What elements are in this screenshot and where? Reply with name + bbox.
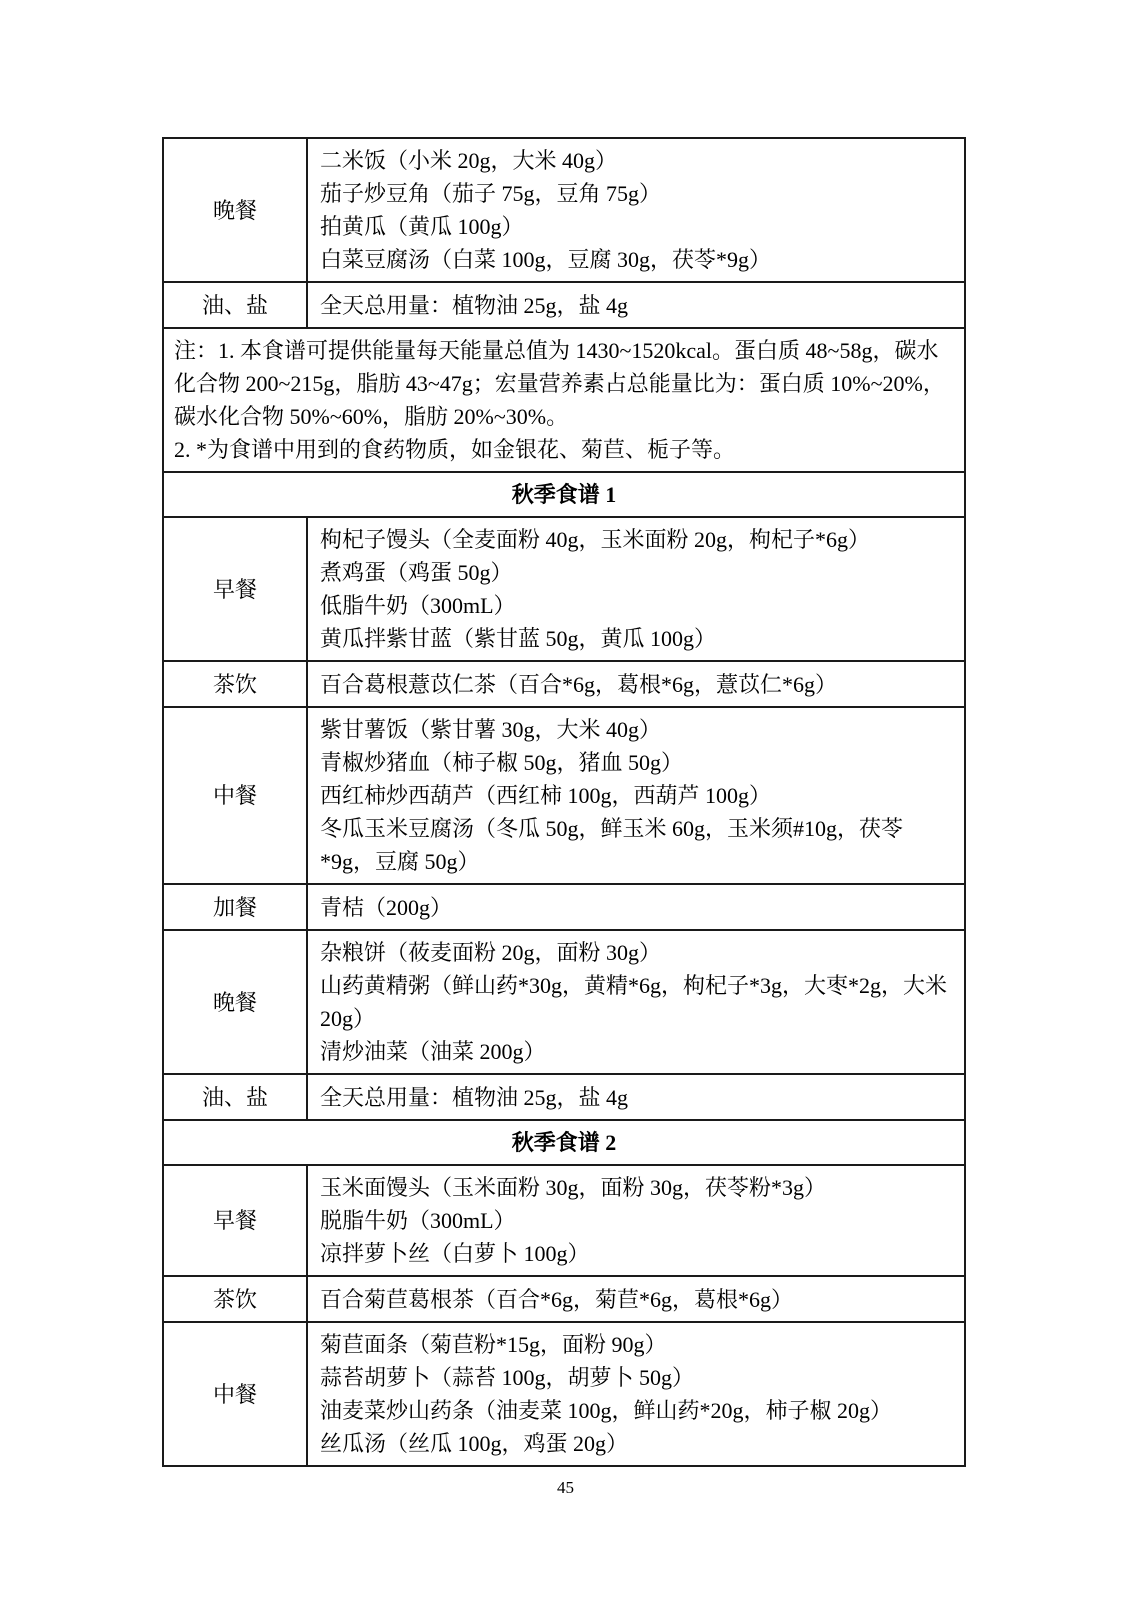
dish-item: 山药黄精粥（鲜山药*30g，黄精*6g，枸杞子*3g，大枣*2g，大米 20g）: [320, 969, 952, 1035]
note-row: 注：1. 本食谱可提供能量每天能量总值为 1430~1520kcal。蛋白质 4…: [164, 327, 964, 471]
meal-items: 全天总用量：植物油 25g，盐 4g: [308, 1075, 964, 1119]
dish-item: 煮鸡蛋（鸡蛋 50g）: [320, 556, 952, 589]
meal-items: 全天总用量：植物油 25g，盐 4g: [308, 283, 964, 327]
document-page: 晚餐二米饭（小米 20g，大米 40g）茄子炒豆角（茄子 75g，豆角 75g）…: [0, 0, 1131, 1600]
meal-row: 茶饮百合葛根薏苡仁茶（百合*6g，葛根*6g，薏苡仁*6g）: [164, 660, 964, 706]
note-text-line: 注：1. 本食谱可提供能量每天能量总值为 1430~1520kcal。蛋白质 4…: [174, 334, 954, 433]
meal-row: 早餐枸杞子馒头（全麦面粉 40g，玉米面粉 20g，枸杞子*6g）煮鸡蛋（鸡蛋 …: [164, 516, 964, 660]
meal-row: 油、盐全天总用量：植物油 25g，盐 4g: [164, 1073, 964, 1119]
meal-row: 中餐紫甘薯饭（紫甘薯 30g，大米 40g）青椒炒猪血（柿子椒 50g，猪血 5…: [164, 706, 964, 883]
section-header-row: 秋季食谱 2: [164, 1119, 964, 1164]
meal-row: 加餐青桔（200g）: [164, 883, 964, 929]
section-title: 秋季食谱 2: [164, 1121, 964, 1164]
dish-item: 青桔（200g）: [320, 891, 952, 924]
dish-item: 杂粮饼（莜麦面粉 20g，面粉 30g）: [320, 936, 952, 969]
dish-item: 黄瓜拌紫甘蓝（紫甘蓝 50g，黄瓜 100g）: [320, 622, 952, 655]
meal-label: 加餐: [164, 885, 308, 929]
meal-row: 晚餐二米饭（小米 20g，大米 40g）茄子炒豆角（茄子 75g，豆角 75g）…: [164, 139, 964, 281]
meal-label: 早餐: [164, 1166, 308, 1275]
dish-item: 菊苣面条（菊苣粉*15g，面粉 90g）: [320, 1328, 952, 1361]
meal-label: 晚餐: [164, 931, 308, 1073]
dish-item: 全天总用量：植物油 25g，盐 4g: [320, 1081, 952, 1114]
meal-label: 茶饮: [164, 1277, 308, 1321]
dish-item: 枸杞子馒头（全麦面粉 40g，玉米面粉 20g，枸杞子*6g）: [320, 523, 952, 556]
meal-items: 枸杞子馒头（全麦面粉 40g，玉米面粉 20g，枸杞子*6g）煮鸡蛋（鸡蛋 50…: [308, 518, 964, 660]
dish-item: 茄子炒豆角（茄子 75g，豆角 75g）: [320, 177, 952, 210]
dish-item: 脱脂牛奶（300mL）: [320, 1204, 952, 1237]
dish-item: 低脂牛奶（300mL）: [320, 589, 952, 622]
meal-label: 晚餐: [164, 139, 308, 281]
dish-item: 百合菊苣葛根茶（百合*6g，菊苣*6g，葛根*6g）: [320, 1283, 952, 1316]
dish-item: 白菜豆腐汤（白菜 100g，豆腐 30g，茯苓*9g）: [320, 243, 952, 276]
dish-item: 百合葛根薏苡仁茶（百合*6g，葛根*6g，薏苡仁*6g）: [320, 668, 952, 701]
meal-items: 二米饭（小米 20g，大米 40g）茄子炒豆角（茄子 75g，豆角 75g）拍黄…: [308, 139, 964, 281]
meal-row: 中餐菊苣面条（菊苣粉*15g，面粉 90g）蒜苔胡萝卜（蒜苔 100g，胡萝卜 …: [164, 1321, 964, 1465]
dish-item: 油麦菜炒山药条（油麦菜 100g，鲜山药*20g，柿子椒 20g）: [320, 1394, 952, 1427]
meal-label: 早餐: [164, 518, 308, 660]
meal-items: 百合菊苣葛根茶（百合*6g，菊苣*6g，葛根*6g）: [308, 1277, 964, 1321]
note-text-line: 2. *为食谱中用到的食药物质，如金银花、菊苣、栀子等。: [174, 433, 954, 466]
page-number: 45: [0, 1478, 1131, 1498]
meal-row: 油、盐全天总用量：植物油 25g，盐 4g: [164, 281, 964, 327]
meal-label: 油、盐: [164, 1075, 308, 1119]
meal-plan-table: 晚餐二米饭（小米 20g，大米 40g）茄子炒豆角（茄子 75g，豆角 75g）…: [162, 137, 966, 1467]
meal-items: 百合葛根薏苡仁茶（百合*6g，葛根*6g，薏苡仁*6g）: [308, 662, 964, 706]
meal-items: 青桔（200g）: [308, 885, 964, 929]
meal-label: 中餐: [164, 708, 308, 883]
meal-label: 茶饮: [164, 662, 308, 706]
dish-item: 玉米面馒头（玉米面粉 30g，面粉 30g，茯苓粉*3g）: [320, 1171, 952, 1204]
meal-items: 玉米面馒头（玉米面粉 30g，面粉 30g，茯苓粉*3g）脱脂牛奶（300mL）…: [308, 1166, 964, 1275]
note-content: 注：1. 本食谱可提供能量每天能量总值为 1430~1520kcal。蛋白质 4…: [164, 329, 964, 471]
meal-row: 晚餐杂粮饼（莜麦面粉 20g，面粉 30g）山药黄精粥（鲜山药*30g，黄精*6…: [164, 929, 964, 1073]
section-header-row: 秋季食谱 1: [164, 471, 964, 516]
dish-item: 凉拌萝卜丝（白萝卜 100g）: [320, 1237, 952, 1270]
dish-item: 拍黄瓜（黄瓜 100g）: [320, 210, 952, 243]
meal-label: 油、盐: [164, 283, 308, 327]
dish-item: 西红柿炒西葫芦（西红柿 100g，西葫芦 100g）: [320, 779, 952, 812]
section-title: 秋季食谱 1: [164, 473, 964, 516]
dish-item: 丝瓜汤（丝瓜 100g，鸡蛋 20g）: [320, 1427, 952, 1460]
meal-items: 菊苣面条（菊苣粉*15g，面粉 90g）蒜苔胡萝卜（蒜苔 100g，胡萝卜 50…: [308, 1323, 964, 1465]
meal-items: 紫甘薯饭（紫甘薯 30g，大米 40g）青椒炒猪血（柿子椒 50g，猪血 50g…: [308, 708, 964, 883]
dish-item: 冬瓜玉米豆腐汤（冬瓜 50g，鲜玉米 60g，玉米须#10g，茯苓*9g，豆腐 …: [320, 812, 952, 878]
dish-item: 蒜苔胡萝卜（蒜苔 100g，胡萝卜 50g）: [320, 1361, 952, 1394]
meal-label: 中餐: [164, 1323, 308, 1465]
dish-item: 清炒油菜（油菜 200g）: [320, 1035, 952, 1068]
dish-item: 二米饭（小米 20g，大米 40g）: [320, 144, 952, 177]
dish-item: 全天总用量：植物油 25g，盐 4g: [320, 289, 952, 322]
meal-row: 早餐玉米面馒头（玉米面粉 30g，面粉 30g，茯苓粉*3g）脱脂牛奶（300m…: [164, 1164, 964, 1275]
meal-row: 茶饮百合菊苣葛根茶（百合*6g，菊苣*6g，葛根*6g）: [164, 1275, 964, 1321]
dish-item: 紫甘薯饭（紫甘薯 30g，大米 40g）: [320, 713, 952, 746]
dish-item: 青椒炒猪血（柿子椒 50g，猪血 50g）: [320, 746, 952, 779]
meal-items: 杂粮饼（莜麦面粉 20g，面粉 30g）山药黄精粥（鲜山药*30g，黄精*6g，…: [308, 931, 964, 1073]
